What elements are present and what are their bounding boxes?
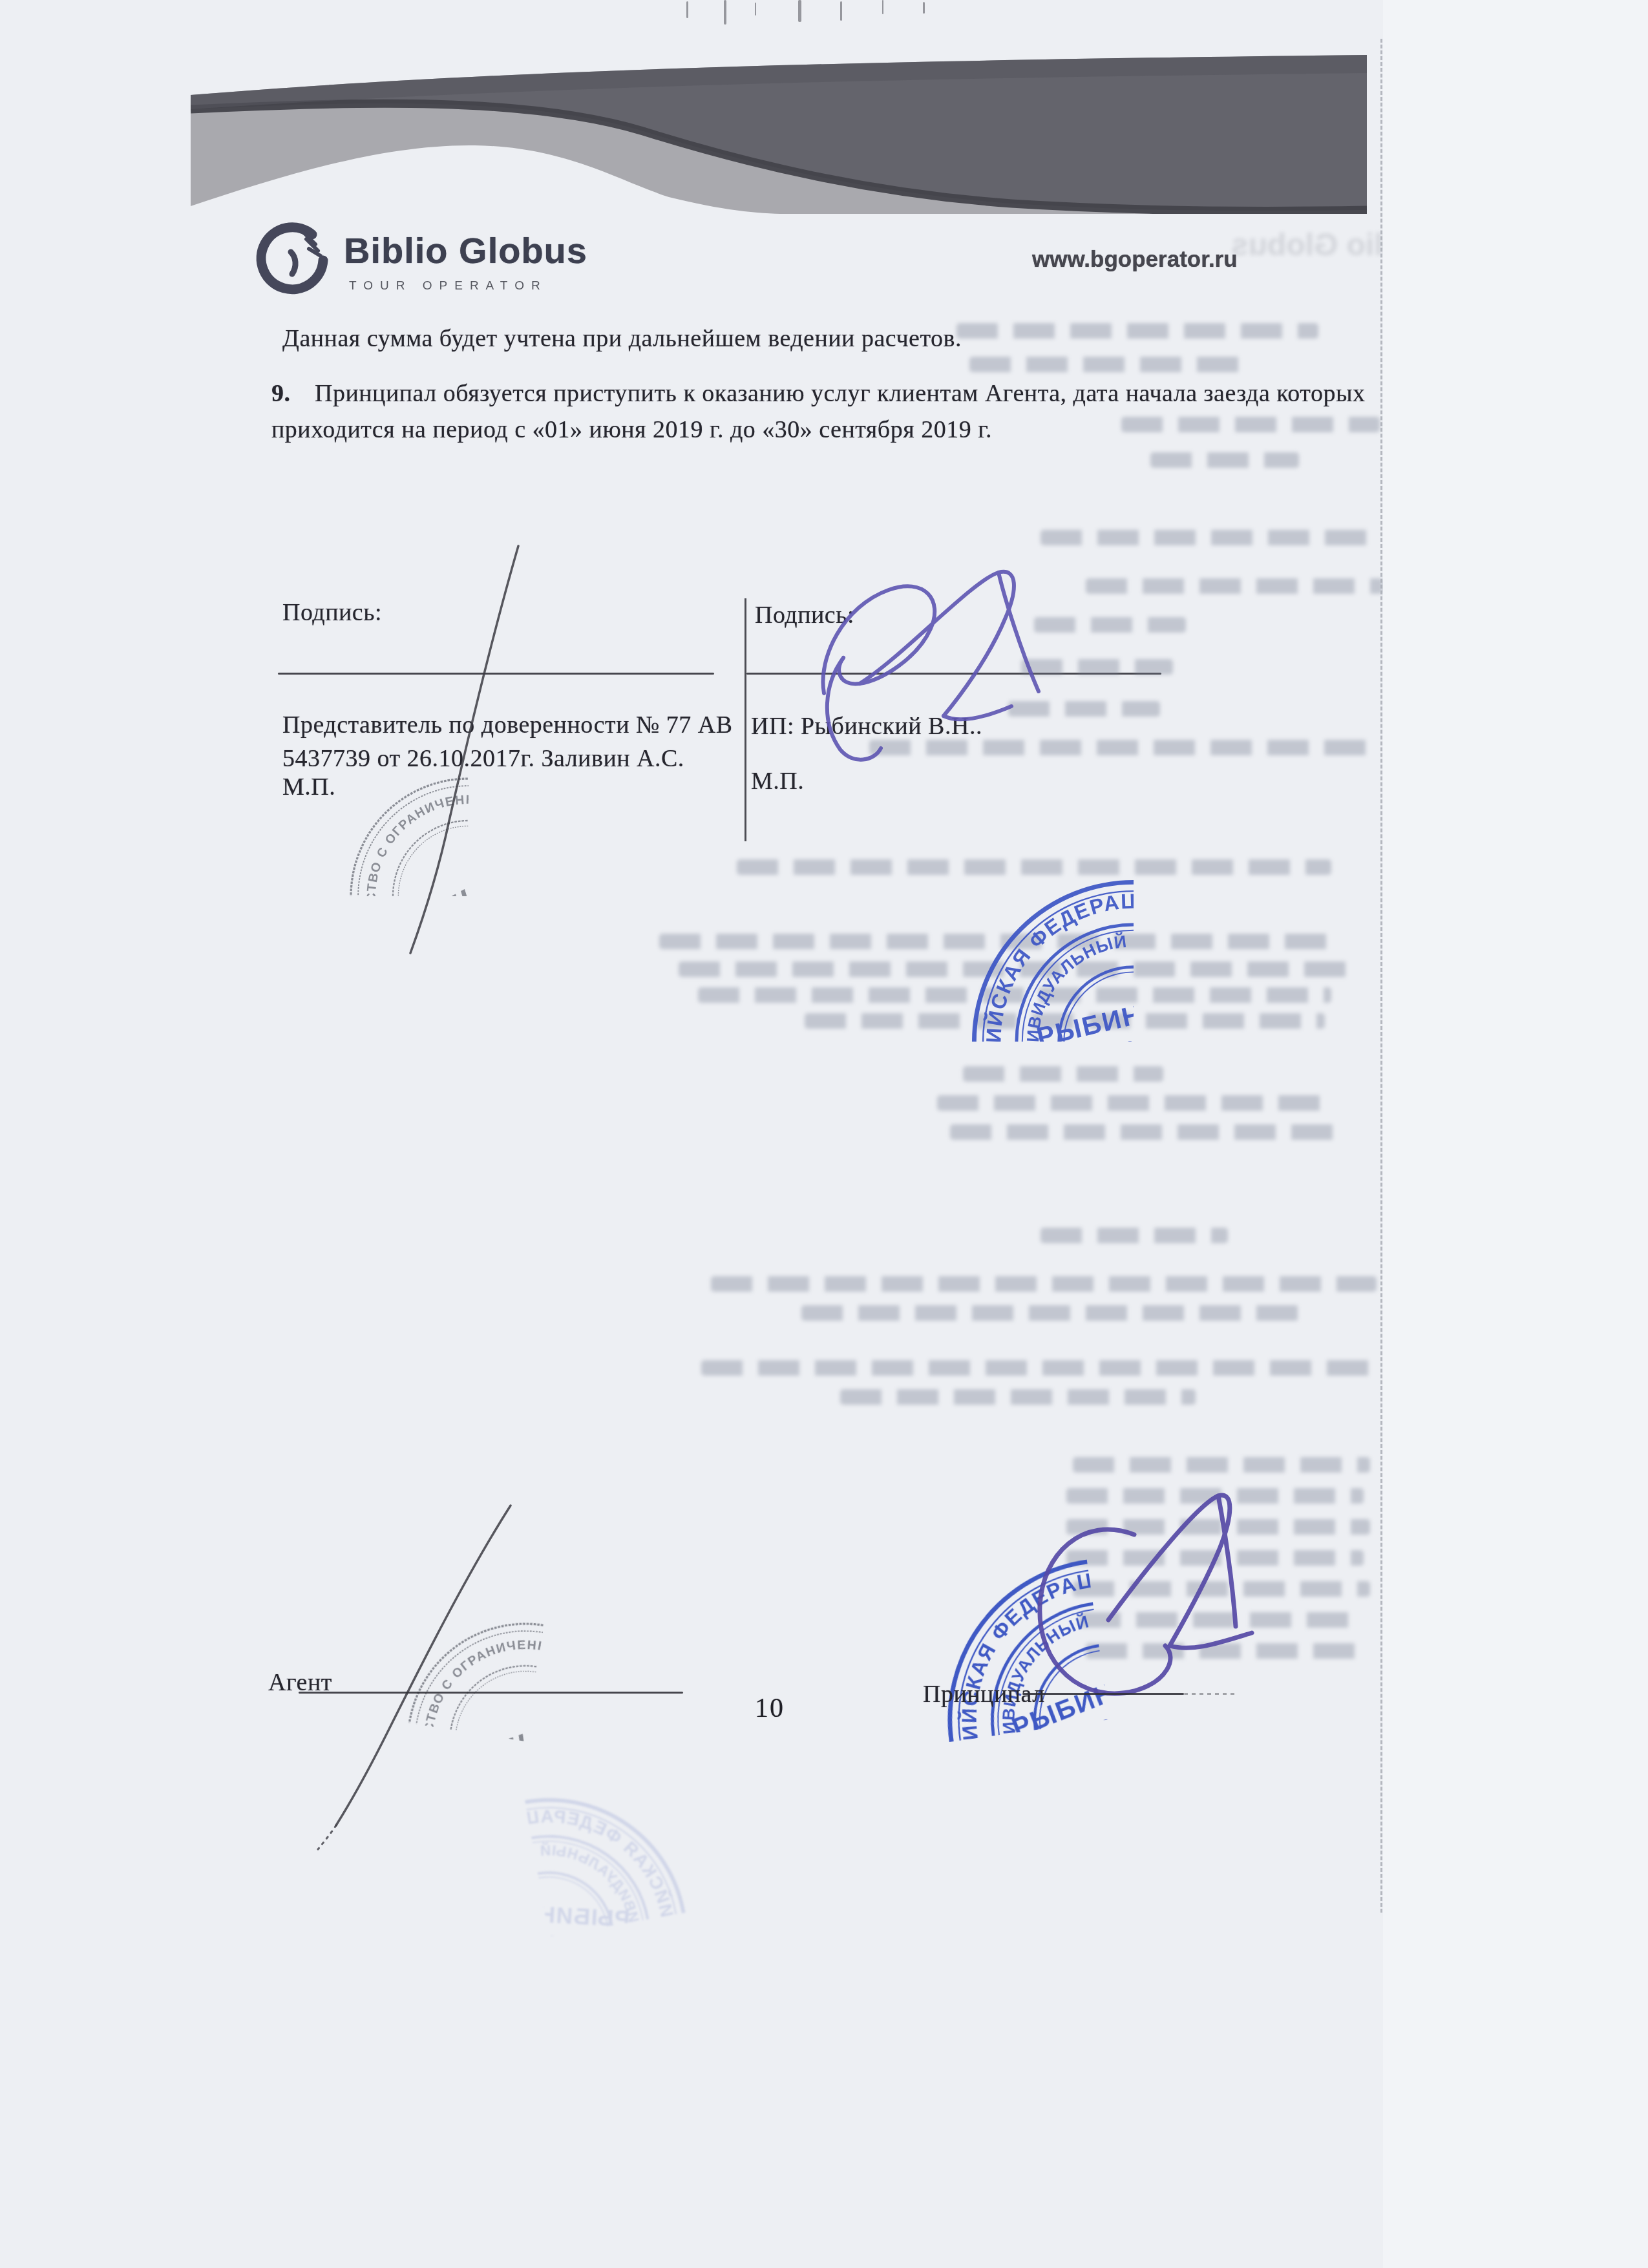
signature-right-top: [805, 561, 1083, 774]
clause-line2: приходится на период с «01» июня 2019 г.…: [271, 413, 992, 446]
settlement-note: Данная сумма будет учтена при дальнейшем…: [282, 322, 962, 355]
brand-name: Biblio Globus: [344, 229, 587, 271]
website-url: www.bgoperator.ru: [1032, 247, 1238, 273]
agent-label: Агент: [268, 1666, 332, 1699]
scan-margin-right: [1383, 0, 1648, 2268]
letterhead-wave-banner: [191, 47, 1367, 214]
column-divider-line: [745, 598, 746, 841]
scanned-document-page: { "document": { "header": { "brand": "Bi…: [0, 0, 1648, 2268]
page-edge-dashed-line: [1380, 39, 1382, 1913]
brand-tagline: TOUR OPERATOR: [349, 279, 547, 293]
clause-line1: Принципал обязуется приступить к оказани…: [315, 377, 1365, 410]
agent-signature-line: [299, 1692, 683, 1694]
page-number: 10: [755, 1693, 785, 1724]
pen-stroke-bottom-left: [304, 1486, 549, 1854]
signature-label-left: Подпись:: [282, 596, 382, 629]
clause-number: 9.: [271, 377, 291, 410]
pen-stroke-top-left: [388, 536, 536, 963]
principal-signature-line-faded: [1184, 1693, 1236, 1695]
principal-signature-line: [1022, 1693, 1184, 1695]
biblio-globus-logo-icon: [251, 218, 335, 302]
signature-principal-bottom: [1005, 1476, 1276, 1722]
